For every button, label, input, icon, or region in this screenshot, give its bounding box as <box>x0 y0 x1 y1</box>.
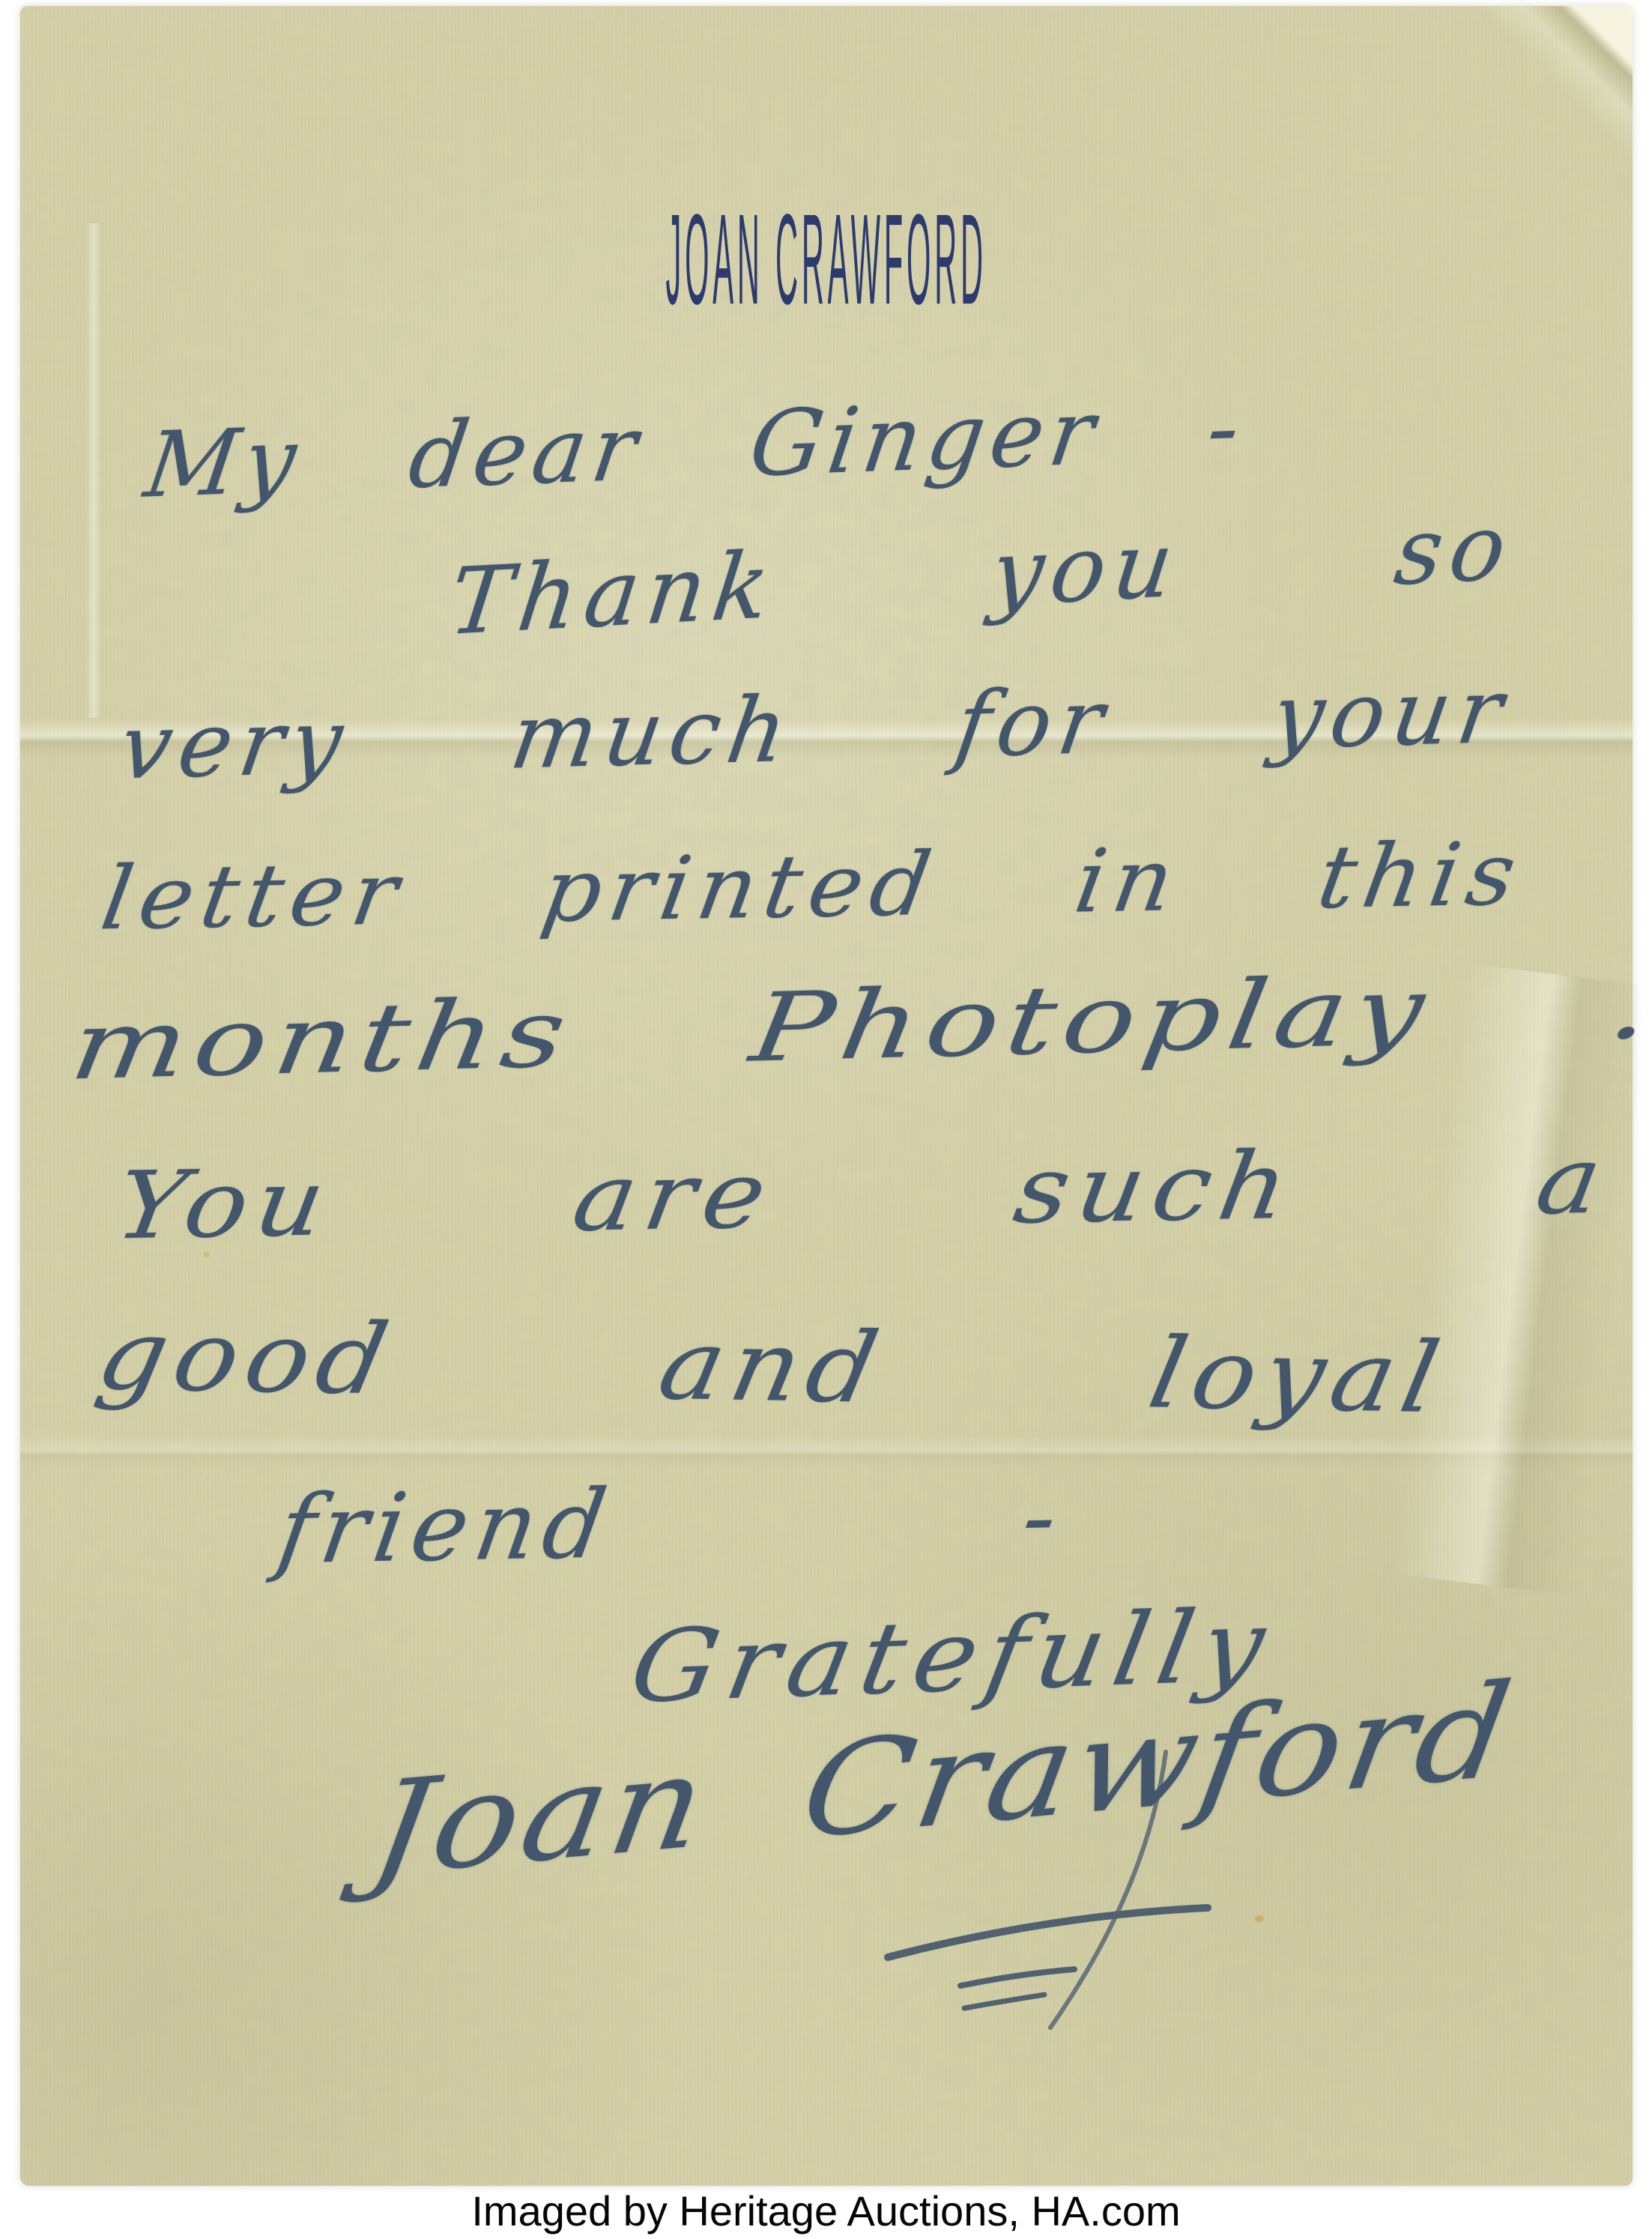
letter-paper <box>20 6 1633 2186</box>
right-edge-crease <box>1392 964 1652 1596</box>
scanned-letter: JOAN CRAWFORD My dear Ginger - Thank you… <box>0 0 1652 2239</box>
stain-mark <box>1255 1915 1264 1922</box>
paper-fiber-texture <box>20 6 1633 2186</box>
caption: Imaged by Heritage Auctions, HA.com <box>0 2187 1652 2239</box>
horizontal-fold-crease <box>20 1436 1633 1469</box>
vertical-crease <box>86 223 101 718</box>
stain-mark <box>203 1251 210 1257</box>
horizontal-fold-crease <box>20 719 1633 758</box>
corner-dogear-crease <box>1445 6 1633 186</box>
laid-paper-lines <box>20 6 1633 2186</box>
